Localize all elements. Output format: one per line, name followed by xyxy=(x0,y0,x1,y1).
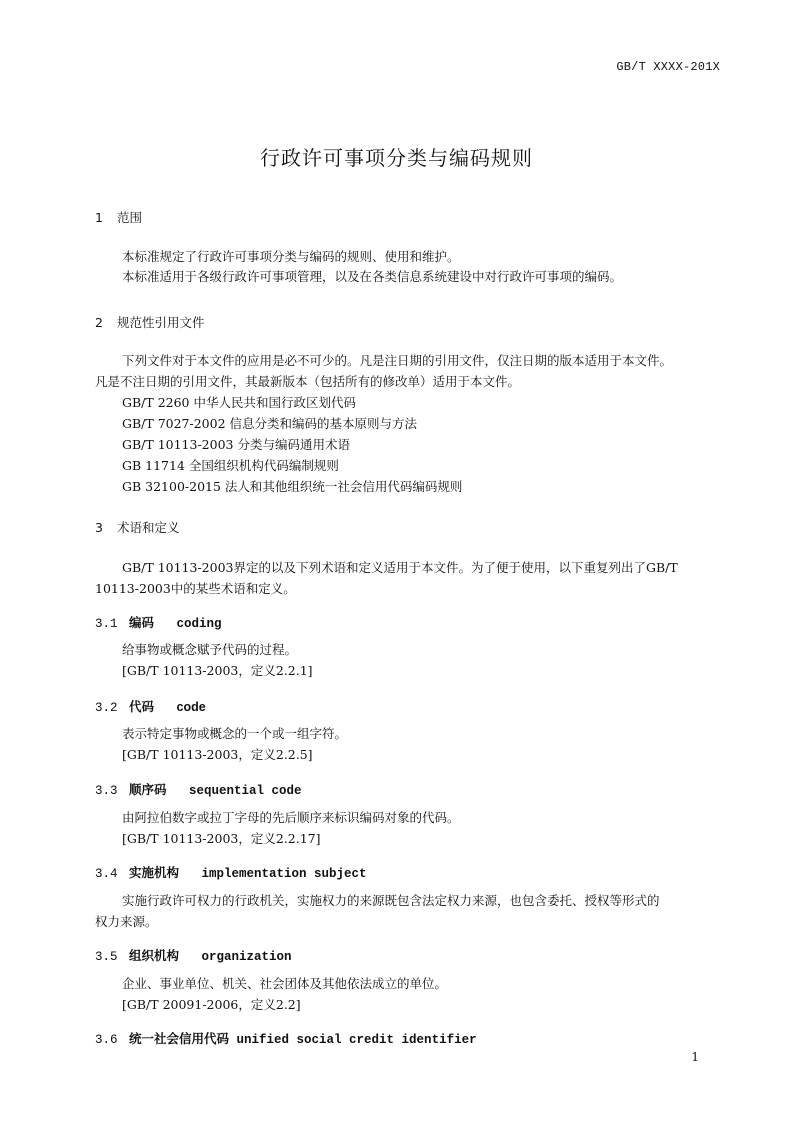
section-title: 规范性引用文件 xyxy=(117,315,205,330)
section-number: 2 xyxy=(95,315,117,330)
term-en: coding xyxy=(177,617,222,631)
term-number: 3.3 xyxy=(95,784,129,798)
reference-item: GB 11714 全国组织机构代码编制规则 xyxy=(122,456,339,476)
term-definition-line-1: 实施行政许可权力的行政机关，实施权力的来源既包含法定权力来源，也包含委托、授权等… xyxy=(122,891,660,911)
section-number: 3 xyxy=(95,520,117,535)
term-definition: 由阿拉伯数字或拉丁字母的先后顺序来标识编码对象的代码。 xyxy=(122,808,460,828)
page-number: 1 xyxy=(691,1050,699,1064)
term-number: 3.5 xyxy=(95,950,129,964)
section-number: 1 xyxy=(95,210,117,225)
term-number: 3.1 xyxy=(95,617,129,631)
term-definition: 表示特定事物或概念的一个或一组字符。 xyxy=(122,724,347,744)
terms-intro-line-1: GB/T 10113-2003界定的以及下列术语和定义适用于本文件。为了便于使用… xyxy=(122,558,678,578)
term-zh: 编码 xyxy=(129,615,154,630)
term-source: [GB/T 10113-2003，定义2.2.17] xyxy=(122,829,321,849)
term-heading-code: 3.2代码 code xyxy=(95,697,206,715)
references-intro-line-1: 下列文件对于本文件的应用是必不可少的。凡是注日期的引用文件，仅注日期的版本适用于… xyxy=(122,351,672,371)
term-zh: 顺序码 xyxy=(129,782,167,797)
term-zh: 统一社会信用代码 xyxy=(129,1031,229,1046)
term-zh: 代码 xyxy=(129,699,154,714)
term-source: [GB/T 20091-2006，定义2.2] xyxy=(122,995,301,1015)
term-definition: 给事物或概念赋予代码的过程。 xyxy=(122,640,297,660)
term-zh: 组织机构 xyxy=(129,948,179,963)
standard-code: GB/T XXXX-201X xyxy=(616,60,720,74)
scope-paragraph-2: 本标准适用于各级行政许可事项管理，以及在各类信息系统建设中对行政许可事项的编码。 xyxy=(122,267,622,287)
term-en: sequential code xyxy=(189,784,302,798)
scope-paragraph-1: 本标准规定了行政许可事项分类与编码的规则、使用和维护。 xyxy=(122,247,460,267)
reference-item: GB/T 7027-2002 信息分类和编码的基本原则与方法 xyxy=(122,414,417,434)
section-title: 范围 xyxy=(117,210,142,225)
term-en: code xyxy=(177,700,206,714)
term-heading-sequential-code: 3.3顺序码 sequential code xyxy=(95,780,302,798)
term-definition-line-2: 权力来源。 xyxy=(95,912,158,932)
term-number: 3.6 xyxy=(95,1033,129,1047)
term-number: 3.2 xyxy=(95,701,129,715)
term-heading-implementation-subject: 3.4实施机构 implementation subject xyxy=(95,863,367,881)
section-heading-normative-references: 2规范性引用文件 xyxy=(95,313,205,331)
term-en: organization xyxy=(202,950,292,964)
reference-item: GB/T 2260 中华人民共和国行政区划代码 xyxy=(122,393,356,413)
section-heading-terms-definitions: 3术语和定义 xyxy=(95,518,180,536)
terms-intro-line-2: 10113-2003中的某些术语和定义。 xyxy=(95,579,296,599)
term-heading-coding: 3.1编码 coding xyxy=(95,613,222,631)
term-heading-unified-social-credit-identifier: 3.6统一社会信用代码 unified social credit identi… xyxy=(95,1029,477,1047)
reference-item: GB/T 10113-2003 分类与编码通用术语 xyxy=(122,435,350,455)
reference-item: GB 32100-2015 法人和其他组织统一社会信用代码编码规则 xyxy=(122,477,462,497)
term-source: [GB/T 10113-2003，定义2.2.5] xyxy=(122,745,313,765)
references-intro-line-2: 凡是不注日期的引用文件，其最新版本（包括所有的修改单）适用于本文件。 xyxy=(95,372,520,392)
section-heading-scope: 1范围 xyxy=(95,208,142,226)
term-heading-organization: 3.5组织机构 organization xyxy=(95,946,292,964)
term-source: [GB/T 10113-2003，定义2.2.1] xyxy=(122,661,313,681)
term-en: implementation subject xyxy=(202,867,367,881)
section-title: 术语和定义 xyxy=(117,520,180,535)
term-en: unified social credit identifier xyxy=(237,1033,477,1047)
term-definition: 企业、事业单位、机关、社会团体及其他依法成立的单位。 xyxy=(122,974,447,994)
term-zh: 实施机构 xyxy=(129,865,179,880)
term-number: 3.4 xyxy=(95,867,129,881)
document-title: 行政许可事项分类与编码规则 xyxy=(0,142,793,171)
